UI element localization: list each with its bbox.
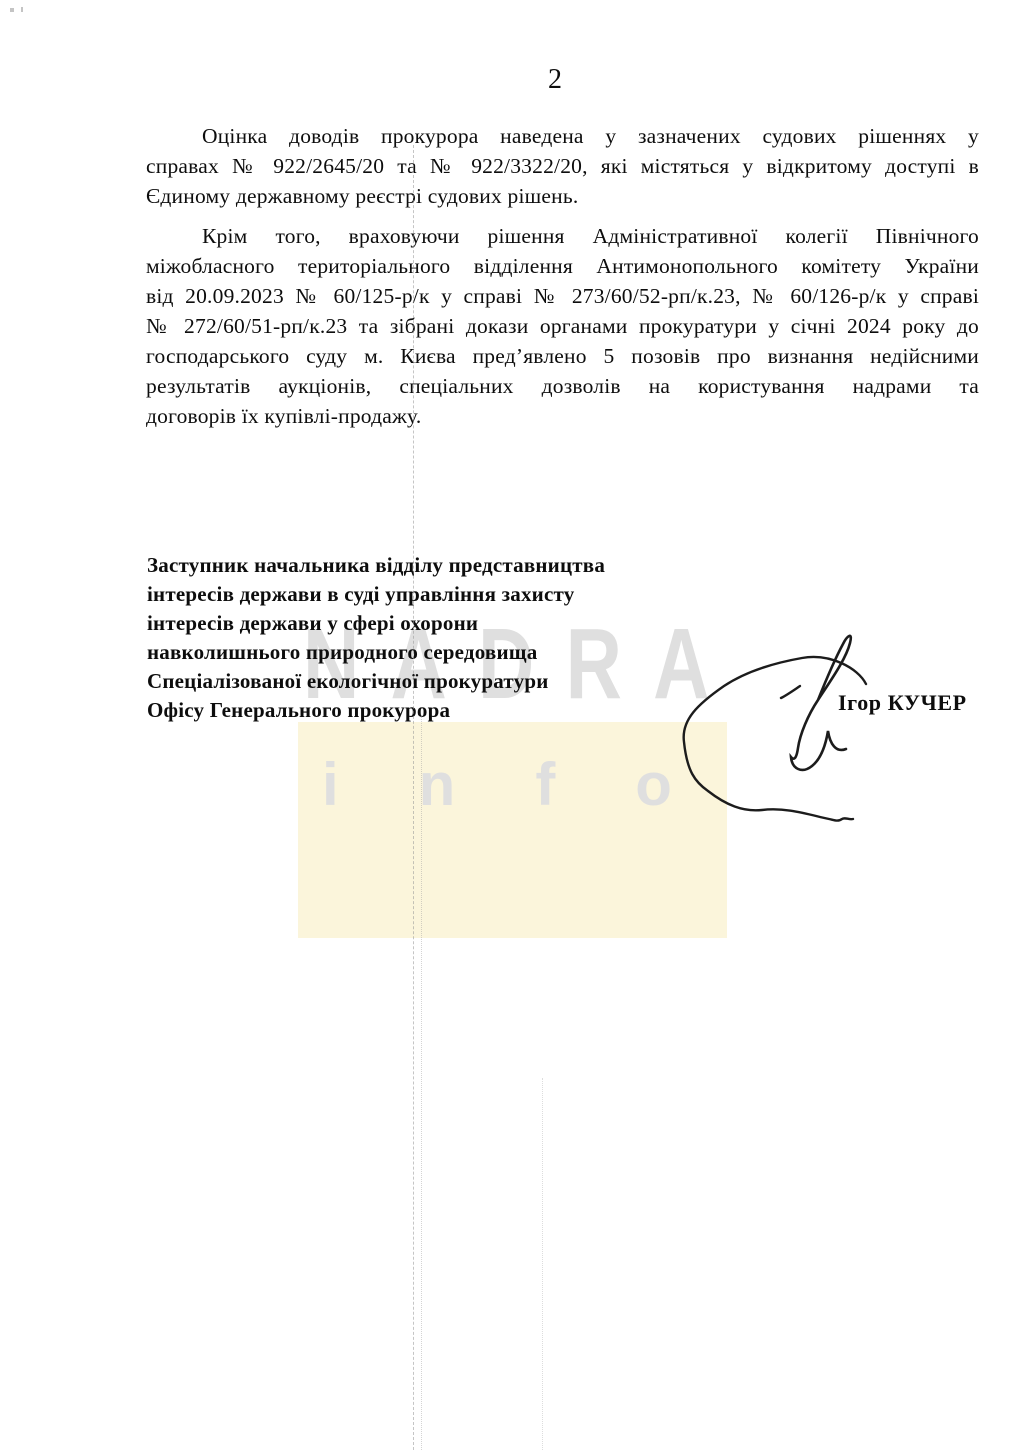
- scan-speck: [10, 8, 14, 12]
- scan-speck: [21, 7, 23, 12]
- text-line: результатів аукціонів, спеціальних дозво…: [146, 371, 979, 401]
- body-paragraph-2: Крім того, враховуючи рішення Адміністра…: [146, 221, 979, 431]
- text-line: Єдиному державному реєстрі судових рішен…: [146, 181, 979, 211]
- text-line: № 272/60/51-рп/к.23 та зібрані докази ор…: [146, 311, 979, 341]
- text-line: Крім того, враховуючи рішення Адміністра…: [146, 221, 979, 251]
- scan-fold-line: [542, 1078, 543, 1450]
- body-paragraph-1: Оцінка доводів прокурора наведена у зазн…: [146, 121, 979, 211]
- text-line: справах № 922/2645/20 та № 922/3322/20, …: [146, 151, 979, 181]
- text-line: від 20.09.2023 № 60/125-р/к у справі № 2…: [146, 281, 979, 311]
- signer-title-line: Заступник начальника відділу представниц…: [147, 551, 707, 580]
- handwritten-signature: [650, 622, 920, 842]
- signer-title-block: Заступник начальника відділу представниц…: [147, 551, 707, 725]
- signer-title-line: інтересів держави в суді управління захи…: [147, 580, 707, 609]
- page-number: 2: [548, 64, 562, 96]
- text-line: Оцінка доводів прокурора наведена у зазн…: [146, 121, 979, 151]
- text-line: договорів їх купівлі-продажу.: [146, 401, 979, 431]
- document-page: NADRA info 2 Оцінка доводів прокурора на…: [0, 0, 1024, 1450]
- signer-title-line: Офісу Генерального прокурора: [147, 696, 707, 725]
- signer-title-line: навколишнього природного середовища: [147, 638, 707, 667]
- signer-title-line: інтересів держави у сфері охорони: [147, 609, 707, 638]
- scan-fold-line: [413, 145, 414, 1450]
- text-line: господарського суду м. Києва пред’явлено…: [146, 341, 979, 371]
- signer-title-line: Спеціалізованої екологічної прокуратури: [147, 667, 707, 696]
- scan-fold-line: [421, 716, 422, 1450]
- text-line: міжобласного територіального відділення …: [146, 251, 979, 281]
